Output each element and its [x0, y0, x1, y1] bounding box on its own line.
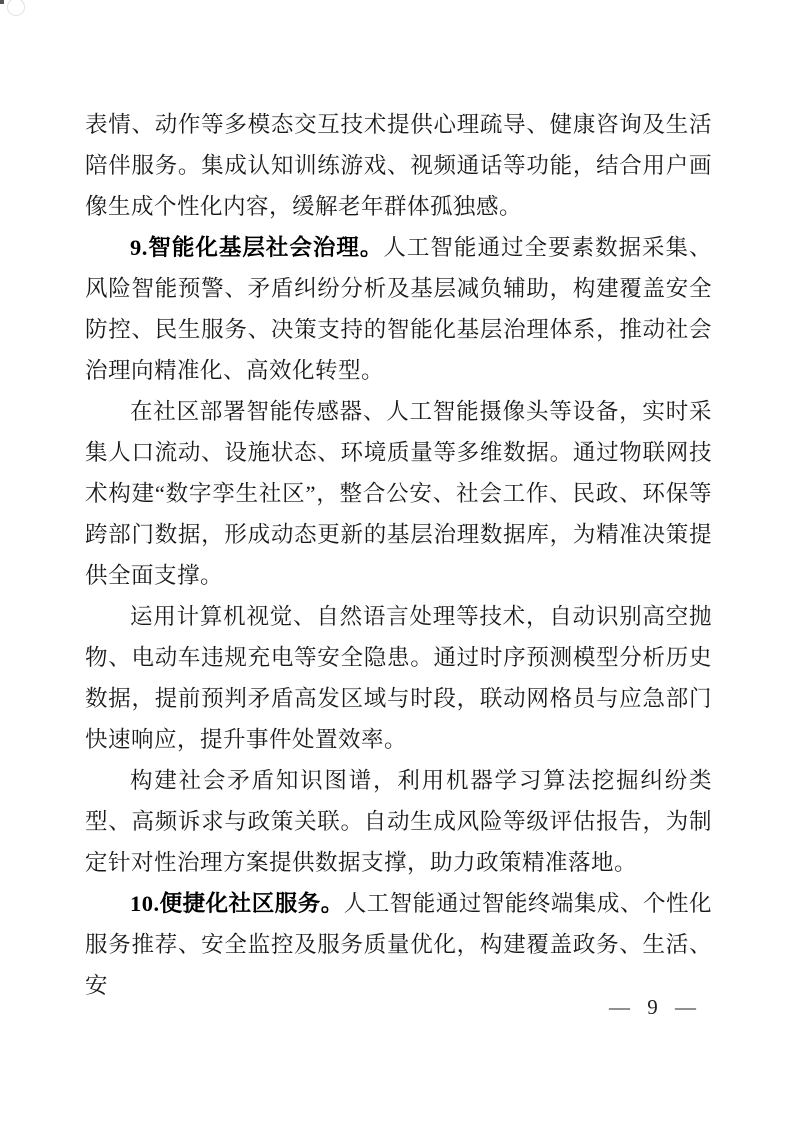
paragraph-community-sensors: 在社区部署智能传感器、人工智能摄像头等设备，实时采集人口流动、设施状态、环境质量…	[85, 391, 712, 596]
paragraph-text: 表情、动作等多模态交互技术提供心理疏导、健康咨询及生活陪伴服务。集成认知训练游戏…	[85, 112, 712, 219]
paragraph-text: 在社区部署智能传感器、人工智能摄像头等设备，实时采集人口流动、设施状态、环境质量…	[85, 399, 712, 588]
document-body: 表情、动作等多模态交互技术提供心理疏导、健康咨询及生活陪伴服务。集成认知训练游戏…	[85, 104, 712, 1006]
scan-artifact-circle	[7, 0, 25, 16]
paragraph-text: 运用计算机视觉、自然语言处理等技术，自动识别高空抛物、电动车违规充电等安全隐患。…	[85, 604, 712, 752]
paragraph-item-9: 9.智能化基层社会治理。人工智能通过全要素数据采集、风险智能预警、矛盾纠纷分析及…	[85, 227, 712, 391]
document-page: 表情、动作等多模态交互技术提供心理疏导、健康咨询及生活陪伴服务。集成认知训练游戏…	[0, 0, 794, 1123]
paragraph-text: 构建社会矛盾知识图谱，利用机器学习算法挖掘纠纷类型、高频诉求与政策关联。自动生成…	[85, 768, 712, 875]
paragraph-computer-vision: 运用计算机视觉、自然语言处理等技术，自动识别高空抛物、电动车违规充电等安全隐患。…	[85, 596, 712, 760]
paragraph-knowledge-graph: 构建社会矛盾知识图谱，利用机器学习算法挖掘纠纷类型、高频诉求与政策关联。自动生成…	[85, 760, 712, 883]
paragraph-continuation: 表情、动作等多模态交互技术提供心理疏导、健康咨询及生活陪伴服务。集成认知训练游戏…	[85, 104, 712, 227]
scan-artifact-dot	[0, 0, 4, 4]
paragraph-item-10: 10.便捷化社区服务。人工智能通过智能终端集成、个性化服务推荐、安全监控及服务质…	[85, 883, 712, 1006]
paragraph-lead: 9.智能化基层社会治理。	[130, 235, 383, 260]
paragraph-lead: 10.便捷化社区服务。	[130, 891, 344, 916]
page-number: — 9 —	[609, 995, 702, 1020]
